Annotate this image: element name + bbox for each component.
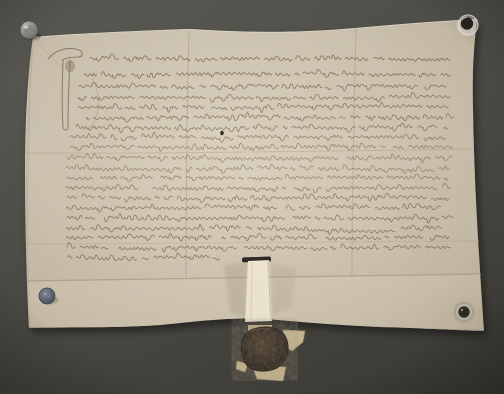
photograph-of-charter — [0, 0, 504, 394]
photo-vignette — [0, 0, 504, 394]
scene-svg — [0, 0, 504, 394]
